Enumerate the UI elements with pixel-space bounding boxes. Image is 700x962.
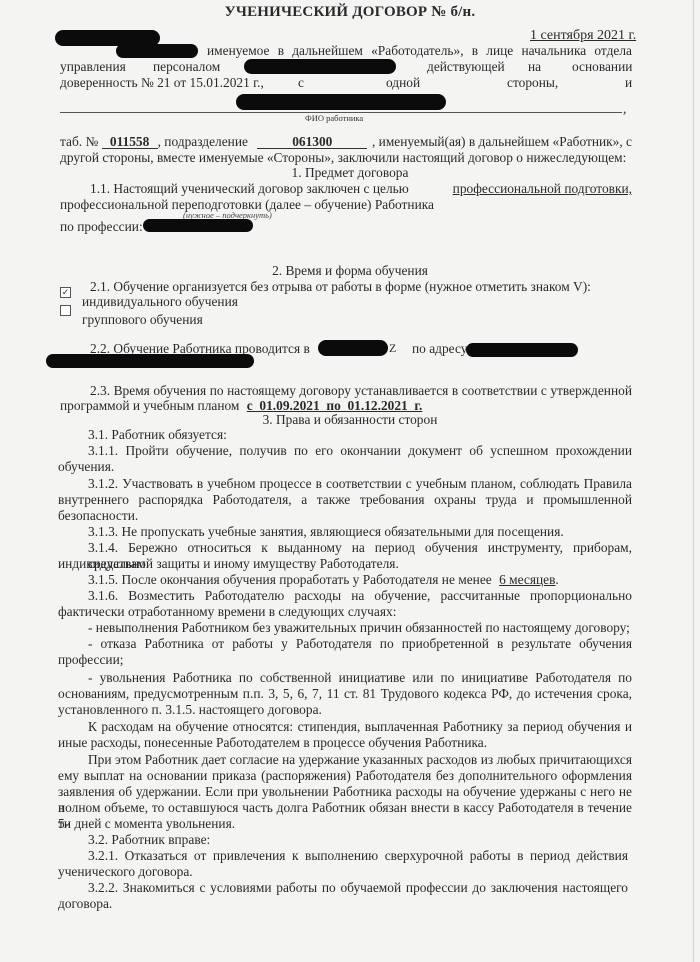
p3-2-1-line-2: ученического договора. — [58, 864, 193, 880]
p3-1-5-text: 3.1.5. После окончания обучения проработ… — [88, 572, 492, 587]
p3-2-1-line-1: 3.2.1. Отказаться от привлечения к выпол… — [88, 848, 628, 864]
word: на — [528, 59, 541, 75]
employee-rest-text: , именуемый(ая) в дальнейшем «Работник»,… — [372, 134, 632, 150]
redaction-manager-name — [244, 59, 396, 74]
case-3-line-3: установленного п. 3.1.5. настоящего дого… — [58, 702, 322, 718]
tab-number: 011558 — [102, 135, 158, 149]
p3-2: 3.2. Работник вправе: — [88, 832, 210, 848]
section-2-title: 2. Время и форма обучения — [0, 263, 700, 279]
p3-1: 3.1. Работник обязуется: — [88, 427, 227, 443]
p3-1-1-line-1: 3.1.1. Пройти обучение, получив по его о… — [88, 443, 632, 459]
scan-edge-line — [693, 0, 694, 962]
p3-1-1-line-2: обучения. — [58, 459, 114, 475]
case-3-line-1: - увольнения Работника по собственной ин… — [88, 670, 632, 686]
checkbox-group[interactable] — [60, 305, 71, 316]
redaction-address — [466, 343, 578, 357]
word: управления — [60, 59, 126, 75]
costs-line-2: иные расходы, понесенные Работодателем в… — [58, 735, 487, 751]
contract-date: 1 сентября 2021 г. — [530, 28, 636, 44]
training-form-individual: индивидуального обучения — [82, 294, 238, 310]
word: доверенность № 21 от 15.01.2021 г., — [60, 75, 264, 91]
employer-line-1: именуемое в дальнейшем «Работодатель», в… — [207, 43, 632, 59]
employee-name-comma: , — [623, 101, 626, 117]
checkbox-individual[interactable]: ✓ — [60, 287, 71, 298]
employee-name-caption: ФИО работника — [305, 113, 363, 123]
subdivision-number: 061300 — [257, 135, 367, 149]
p3-1-2-line-1: 3.1.2. Участвовать в учебном процессе в … — [88, 476, 632, 492]
section-1-title: 1. Предмет договора — [0, 165, 700, 181]
p3-1-3: 3.1.3. Не пропускать учебные занятия, яв… — [88, 524, 564, 540]
p3-1-2-line-3: безопасности. — [58, 508, 138, 524]
training-period: с 01.09.2021 по 01.12.2021 г. — [247, 398, 423, 413]
tab-label: таб. № — [60, 134, 98, 149]
work-term: 6 месяцев — [499, 572, 555, 587]
costs-line-1: К расходам на обучение относятся: стипен… — [88, 719, 632, 735]
consent-line-5: ти дней с момента увольнения. — [58, 816, 235, 832]
section-3-title: 3. Права и обязанности сторон — [0, 412, 700, 428]
checkmark-icon: ✓ — [62, 287, 70, 297]
training-form-group: группового обучения — [82, 312, 203, 328]
p3-1-5-period: . — [555, 572, 558, 587]
word: стороны, — [507, 75, 558, 91]
profession-label: по профессии: — [60, 219, 143, 235]
p1-1-text: 1.1. Настоящий ученический договор заклю… — [90, 181, 409, 196]
case-2-line-2: профессии; — [58, 652, 123, 668]
word: одной — [386, 75, 420, 91]
p2-1: 2.1. Обучение организуется без отрыва от… — [90, 279, 591, 295]
employee-line-2: другой стороны, вместе именуемые «Сторон… — [60, 150, 626, 166]
consent-line-2: ему выплат на основании приказа (распоря… — [58, 768, 632, 784]
case-2-line-1: - отказа Работника от работы у Работодат… — [88, 636, 632, 652]
p3-1-6-line-2: фактически отработанному времени в следу… — [58, 604, 396, 620]
word: с — [298, 75, 304, 91]
word: персоналом — [153, 59, 220, 75]
p3-1-4-line-2: индивидуальной защиты и иному имуществу … — [58, 556, 399, 572]
subdivision-label: , подразделение — [158, 134, 248, 149]
redaction-training-place — [318, 340, 388, 356]
p3-2-2-line-1: 3.2.2. Знакомиться с условиями работы по… — [88, 880, 628, 896]
word: действующей — [427, 59, 505, 75]
employee-line-1: таб. № 011558, подразделение 061300, име… — [60, 134, 632, 150]
redaction-organization-2 — [116, 44, 198, 58]
p2-2-trailing-char: Z — [389, 340, 396, 356]
case-1: - невыполнения Работником без уважительн… — [88, 620, 630, 636]
p3-1-2-line-2: внутреннего распорядка Работодателя, а т… — [58, 492, 632, 508]
redaction-employee-name — [236, 94, 446, 110]
p1-1-line-1: 1.1. Настоящий ученический договор заклю… — [90, 181, 632, 197]
p2-3-line-1: 2.3. Время обучения по настоящему догово… — [90, 383, 632, 399]
p1-1-underlined-option: профессиональной подготовки, — [453, 181, 632, 197]
redaction-address-2 — [46, 354, 254, 368]
p3-1-6-line-1: 3.1.6. Возместить Работодателю расходы н… — [88, 588, 632, 604]
word: и — [625, 75, 632, 91]
document-title: УЧЕНИЧЕСКИЙ ДОГОВОР № б/н. — [0, 4, 700, 21]
p2-3-text: программой и учебным планом — [60, 398, 239, 413]
redaction-profession — [143, 219, 253, 232]
word: основании — [572, 59, 632, 75]
contract-page: УЧЕНИЧЕСКИЙ ДОГОВОР № б/н. 1 сентября 20… — [0, 0, 700, 962]
case-3-line-2: основаниям, предусмотренным п.п. 3, 5, 6… — [58, 686, 632, 702]
p3-1-5: 3.1.5. После окончания обучения проработ… — [88, 572, 559, 588]
p2-2-address-label: по адресу — [412, 341, 467, 357]
p3-2-2-line-2: договора. — [58, 896, 112, 912]
consent-line-1: При этом Работник дает согласие на удерж… — [88, 752, 632, 768]
